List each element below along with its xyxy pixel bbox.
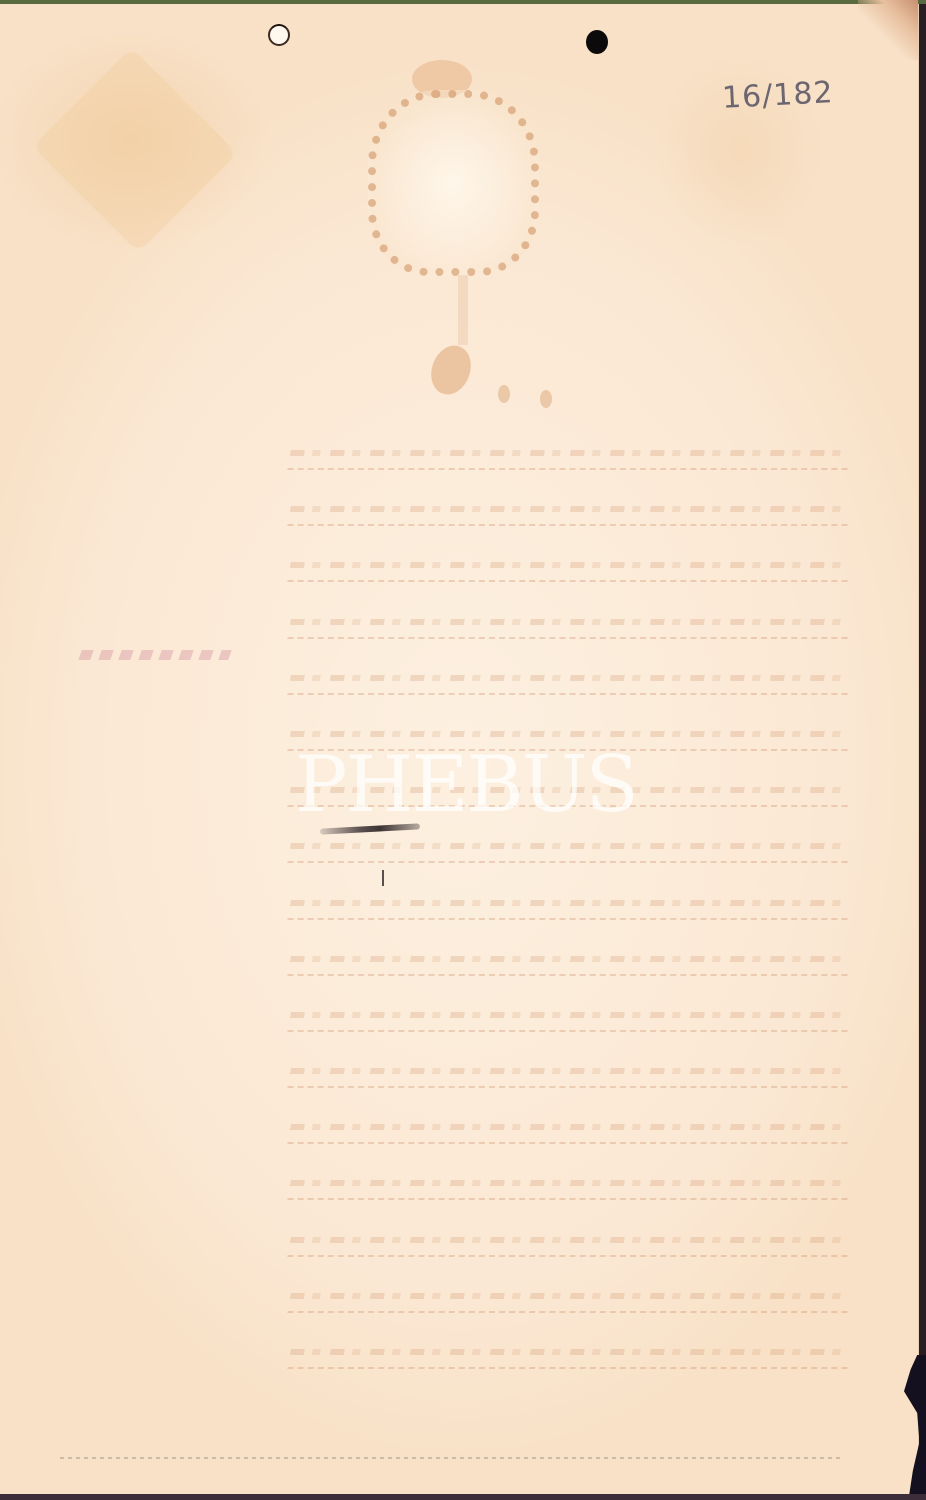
paper-stain [32,47,237,252]
script-line [287,1283,852,1313]
scan-top-edge [0,0,926,4]
seal-stem [458,275,468,345]
script-line [287,833,852,863]
bottom-rule [60,1457,840,1459]
script-line [287,609,852,639]
ink-tick [382,870,384,886]
seal-dot [540,390,552,408]
script-line [287,1227,852,1257]
punch-hole-left [268,24,290,46]
script-line [287,1058,852,1088]
script-line [287,1002,852,1032]
punch-hole-right [586,30,608,54]
manuscript-page: 16/182 PHEBUS [0,0,919,1496]
script-text-block [290,440,850,1395]
seal-dot [498,385,510,403]
script-line [287,890,852,920]
script-line [287,440,852,470]
script-line [287,1114,852,1144]
script-line [287,665,852,695]
seal-drop [425,340,478,400]
script-line [287,552,852,582]
script-line [287,1170,852,1200]
seal-imprint [368,90,539,276]
margin-note [78,650,232,660]
script-line [287,946,852,976]
corner-damage [858,0,918,60]
script-line [287,496,852,526]
scan-bottom-edge [0,1494,926,1500]
archive-number: 16/182 [721,75,834,116]
script-line [287,1339,852,1369]
watermark: PHEBUS [286,740,646,830]
